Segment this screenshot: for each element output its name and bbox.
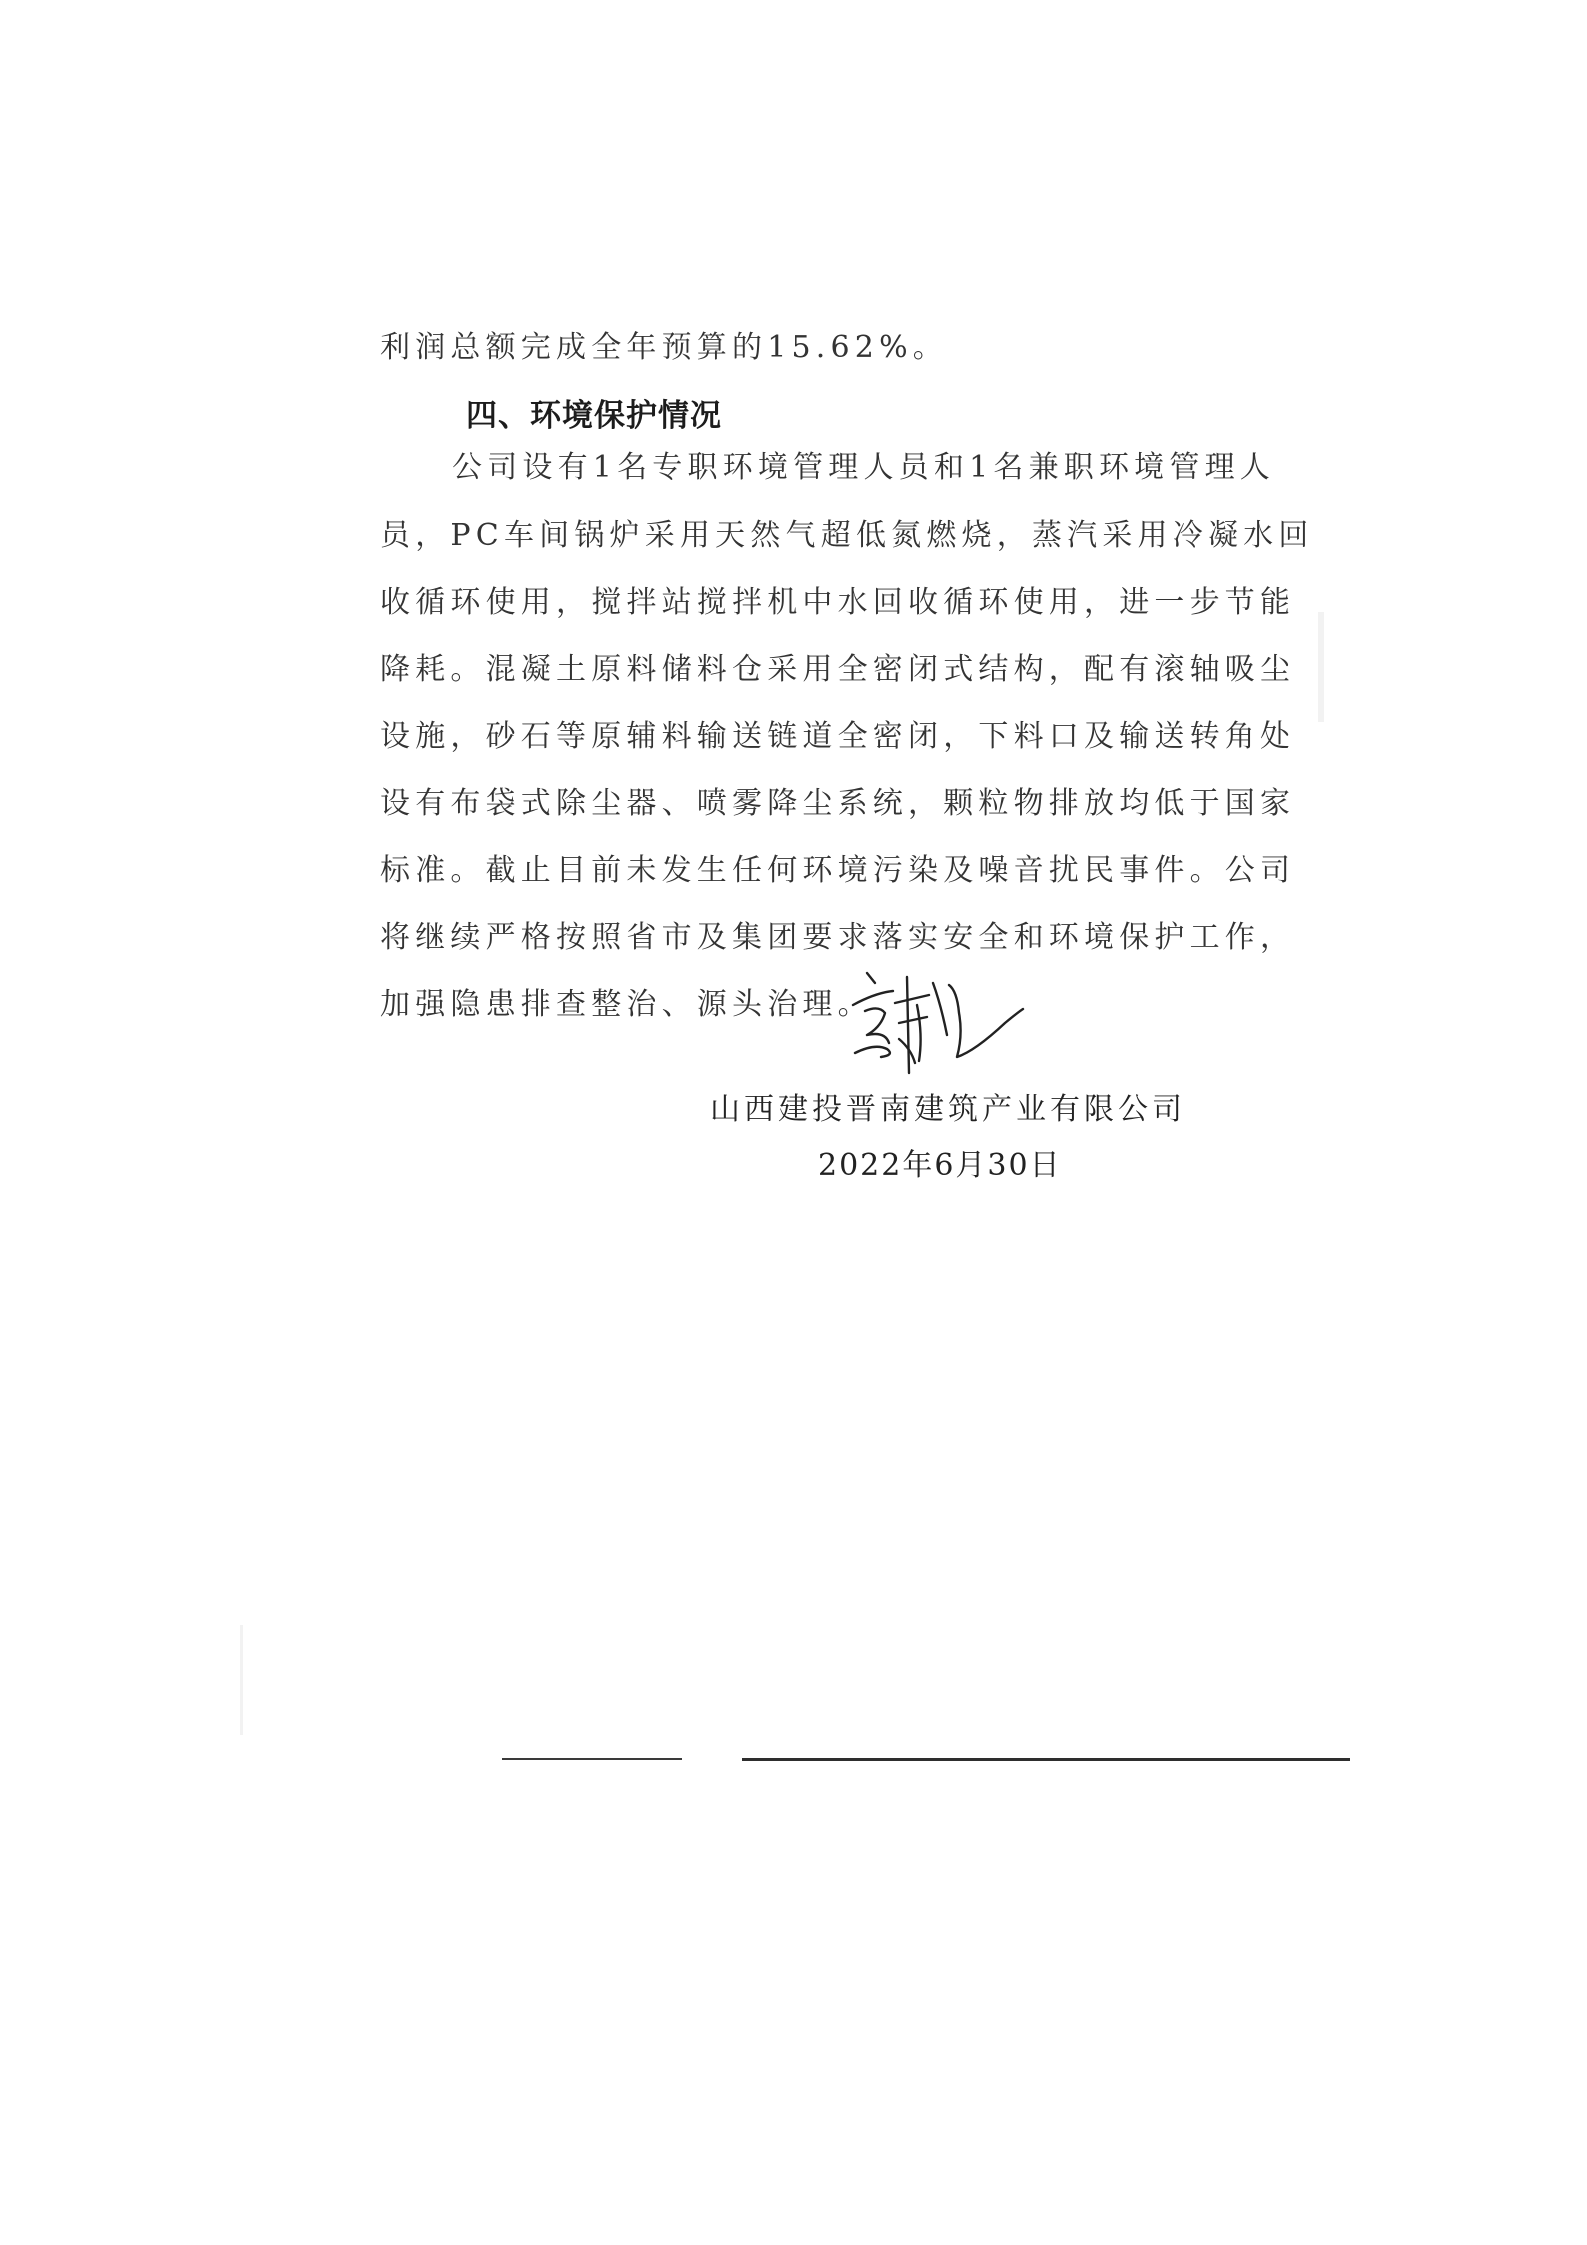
company-name: 山西建投晋南建筑产业有限公司	[710, 1092, 1186, 1128]
scan-artifact	[1318, 612, 1324, 722]
paragraph-line: 降耗。混凝土原料储料仓采用全密闭式结构，配有滚轴吸尘	[380, 652, 1295, 688]
divider-line-left	[502, 1758, 682, 1760]
paragraph-line: 加强隐患排查整治、源头治理。	[380, 987, 873, 1023]
paragraph-line: 将继续严格按照省市及集团要求落实安全和环境保护工作，	[380, 920, 1295, 956]
paragraph-line: 设有布袋式除尘器、喷雾降尘系统，颗粒物排放均低于国家	[380, 786, 1295, 822]
paragraph-line: 收循环使用，搅拌站搅拌机中水回收循环使用，进一步节能	[380, 585, 1295, 621]
paragraph-line: 标准。截止目前未发生任何环境污染及噪音扰民事件。公司	[380, 853, 1295, 889]
handwritten-signature-icon	[845, 965, 1045, 1080]
paragraph-line: 设施，砂石等原辅料输送链道全密闭，下料口及输送转角处	[380, 719, 1295, 755]
document-date: 2022年6月30日	[818, 1148, 1062, 1184]
continuation-line: 利润总额完成全年预算的15.62%。	[380, 330, 948, 366]
scan-artifact	[240, 1625, 243, 1735]
paragraph-line: 公司设有1名专职环境管理人员和1名兼职环境管理人	[452, 450, 1275, 486]
divider-line-right	[742, 1758, 1350, 1761]
paragraph-line: 员，PC车间锅炉采用天然气超低氮燃烧，蒸汽采用冷凝水回	[380, 518, 1314, 554]
section-heading: 四、环境保护情况	[466, 398, 722, 434]
